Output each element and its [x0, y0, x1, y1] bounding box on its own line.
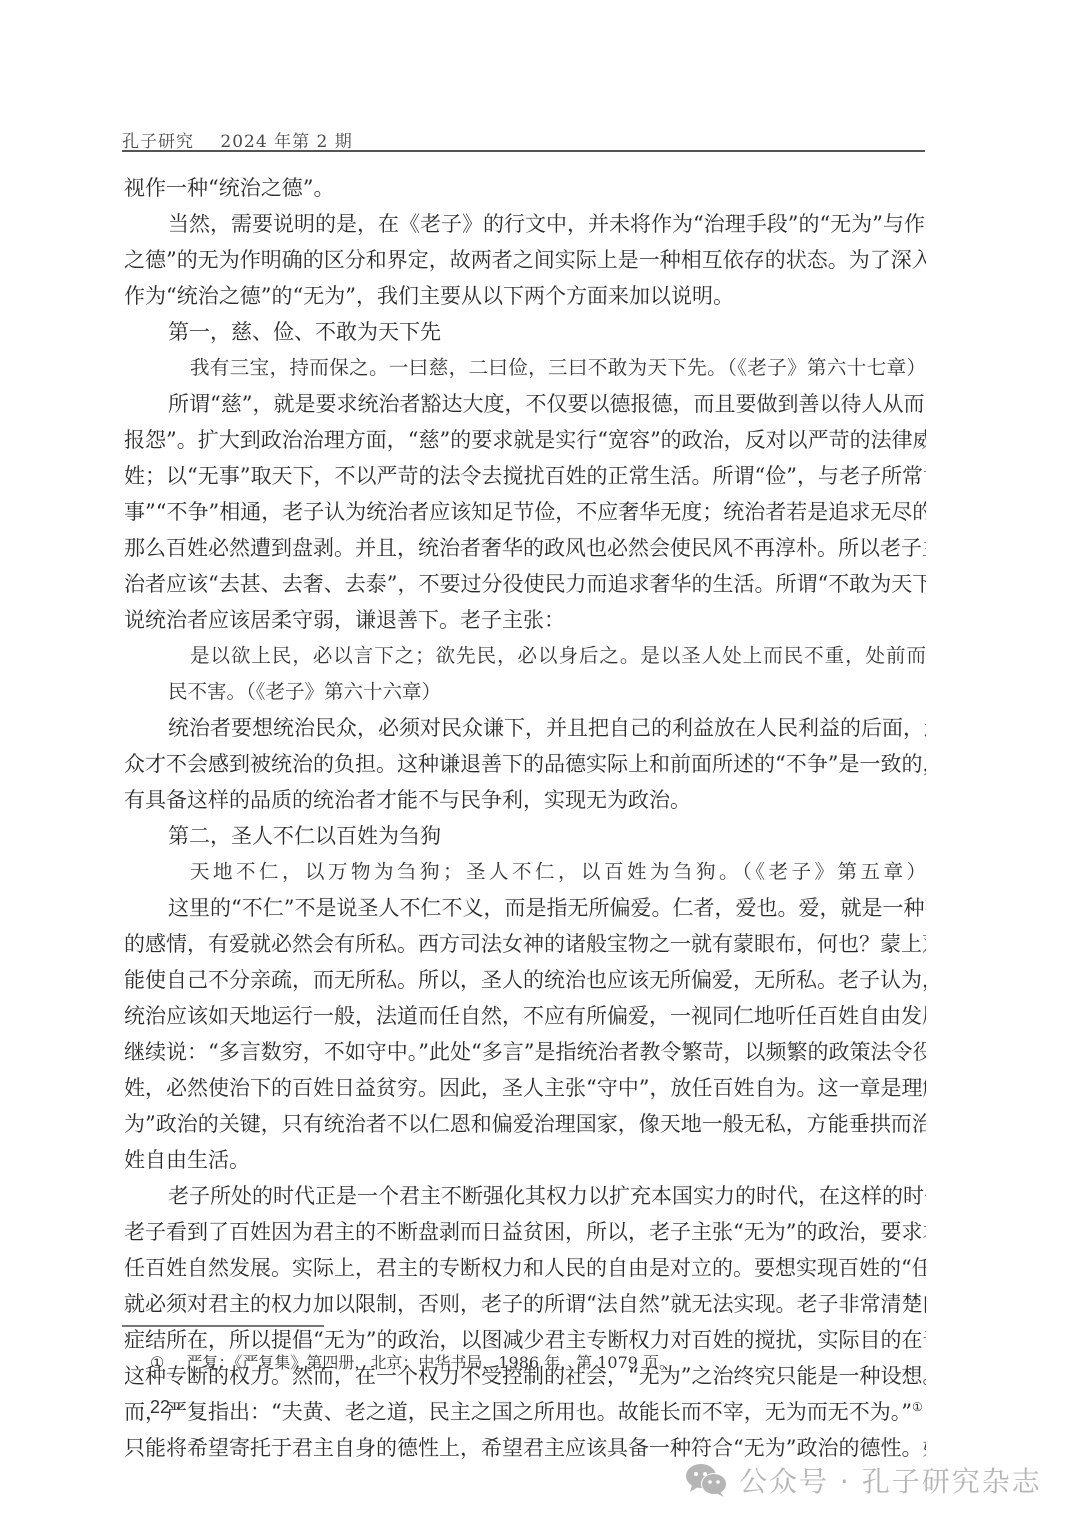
footnote-text: 严复：《严复集》第四册，北京：中华书局，1986 年，第 1079 页。	[186, 1353, 675, 1372]
page-number: · 22 ·	[139, 1397, 181, 1418]
paragraph-line: 姓，必然使治下的百姓日益贫穷。因此，圣人主张“守中”，放任百姓自为。这一章是理解…	[124, 1070, 926, 1106]
section-heading: 第二，圣人不仁以百姓为刍狗	[124, 818, 926, 854]
block-quote-line: 天地不仁，以万物为刍狗；圣人不仁，以百姓为刍狗。（《老子》第五章）	[124, 854, 926, 890]
footnote: ①严复：《严复集》第四册，北京：中华书局，1986 年，第 1079 页。	[150, 1350, 675, 1373]
paragraph-line: 事”“不争”相通，老子认为统治者应该知足节俭，不应奢华无度；统治者若是追求无尽的…	[124, 494, 926, 530]
paragraph-line: 那么百姓必然遭到盘剥。并且，统治者奢华的政风也必然会使民风不再淳朴。所以老子主张…	[124, 530, 926, 566]
paragraph-line: 报怨”。扩大到政治治理方面，“慈”的要求就是实行“宽容”的政治，反对以严苛的法律…	[124, 422, 926, 458]
section-heading: 第一，慈、俭、不敢为天下先	[124, 314, 926, 350]
paragraph-line: 之德”的无为作明确的区分和界定，故两者之间实际上是一种相互依存的状态。为了深入讨…	[124, 242, 926, 278]
paragraph-line: 继续说：“多言数穷，不如守中。”此处“多言”是指统治者教令繁苛，以频繁的政策法令…	[124, 1034, 926, 1070]
article-body: 视作一种“统治之德”。当然，需要说明的是，在《老子》的行文中，并未将作为“治理手…	[124, 170, 926, 1466]
header-rule	[122, 150, 925, 152]
watermark-text: 公众号 · 孔子研究杂志	[739, 1460, 1042, 1500]
paragraph-line: 姓；以“无事”取天下，不以严苛的法令去搅扰百姓的正常生活。所谓“俭”，与老子所常…	[124, 458, 926, 494]
paragraph-line: 作为“统治之德”的“无为”，我们主要从以下两个方面来加以说明。	[124, 278, 926, 314]
issue-label: 2024 年第 2 期	[220, 132, 352, 152]
paragraph-line: 的感情，有爱就必然会有所私。西方司法女神的诸般宝物之一就有蒙眼布，何也？蒙上双眼…	[124, 926, 926, 962]
running-header: 孔子研究 2024 年第 2 期	[122, 127, 925, 151]
footnote-mark: ①	[150, 1353, 164, 1372]
paragraph-line: 有具备这样的品质的统治者才能不与民争利，实现无为政治。	[124, 782, 926, 818]
block-quote-line: 是以欲上民，必以言下之；欲先民，必以身后之。是以圣人处上而民不重，处前而	[124, 638, 926, 674]
watermark: 公众号 · 孔子研究杂志	[685, 1460, 1042, 1500]
paragraph-line: 统治者要想统治民众，必须对民众谦下，并且把自己的利益放在人民利益的后面，这样民	[124, 710, 926, 746]
paragraph-line: 视作一种“统治之德”。	[124, 170, 926, 206]
paragraph-line: 统治应该如天地运行一般，法道而任自然，不应有所偏爱，一视同仁地听任百姓自由发展。…	[124, 998, 926, 1034]
footnote-reference[interactable]: ①	[912, 1400, 923, 1414]
paragraph-line: 而，严复指出：“夫黄、老之道，民主之国之所用也。故能长而不宰，无为而无不为。”①…	[124, 1394, 926, 1430]
paragraph-line: 老子看到了百姓因为君主的不断盘剥而日益贫困，所以，老子主张“无为”的政治，要求君…	[124, 1214, 926, 1250]
paragraph-line: 所谓“慈”，就是要求统治者豁达大度，不仅要以德报德，而且要做到善以待人从而“以德	[124, 386, 926, 422]
paragraph-line: 能使自己不分亲疏，而无所私。所以，圣人的统治也应该无所偏爱，无所私。老子认为，圣…	[124, 962, 926, 998]
block-quote-line: 我有三宝，持而保之。一曰慈，二曰俭，三曰不敢为天下先。（《老子》第六十七章）	[124, 350, 926, 386]
paragraph-line: 当然，需要说明的是，在《老子》的行文中，并未将作为“治理手段”的“无为”与作为“…	[124, 206, 926, 242]
footnote-separator	[122, 1325, 324, 1327]
paragraph-line: 老子所处的时代正是一个君主不断强化其权力以扩充本国实力的时代，在这样的时代里，	[124, 1178, 926, 1214]
paragraph-line: 众才不会感到被统治的负担。这种谦退善下的品德实际上和前面所述的“不争”是一致的，…	[124, 746, 926, 782]
paragraph-line: 说统治者应该居柔守弱，谦退善下。老子主张：	[124, 602, 926, 638]
paragraph-line: 姓自由生活。	[124, 1142, 926, 1178]
paragraph-line: 任百姓自然发展。实际上，君主的专断权力和人民的自由是对立的。要想实现百姓的“任自…	[124, 1250, 926, 1286]
line-text: 于是，老子	[923, 1400, 926, 1424]
paragraph-line: 这里的“不仁”不是说圣人不仁不义，而是指无所偏爱。仁者，爱也。爱，就是一种有偏见	[124, 890, 926, 926]
journal-name: 孔子研究	[122, 132, 194, 152]
paragraph-line: 治者应该“去甚、去奢、去泰”，不要过分役使民力而追求奢华的生活。所谓“不敢为天下…	[124, 566, 926, 602]
wechat-icon	[685, 1463, 729, 1497]
paragraph-line: 就必须对君主的权力加以限制，否则，老子的所谓“法自然”就无法实现。老子非常清楚问…	[124, 1286, 926, 1322]
line-text: 而，严复指出：“夫黄、老之道，民主之国之所用也。故能长而不宰，无为而无不为。”	[124, 1400, 912, 1424]
block-quote-line: 民不害。（《老子》第六十六章）	[124, 674, 926, 710]
paragraph-line: 为”政治的关键，只有统治者不以仁恩和偏爱治理国家，像天地一般无私，方能垂拱而治，…	[124, 1106, 926, 1142]
